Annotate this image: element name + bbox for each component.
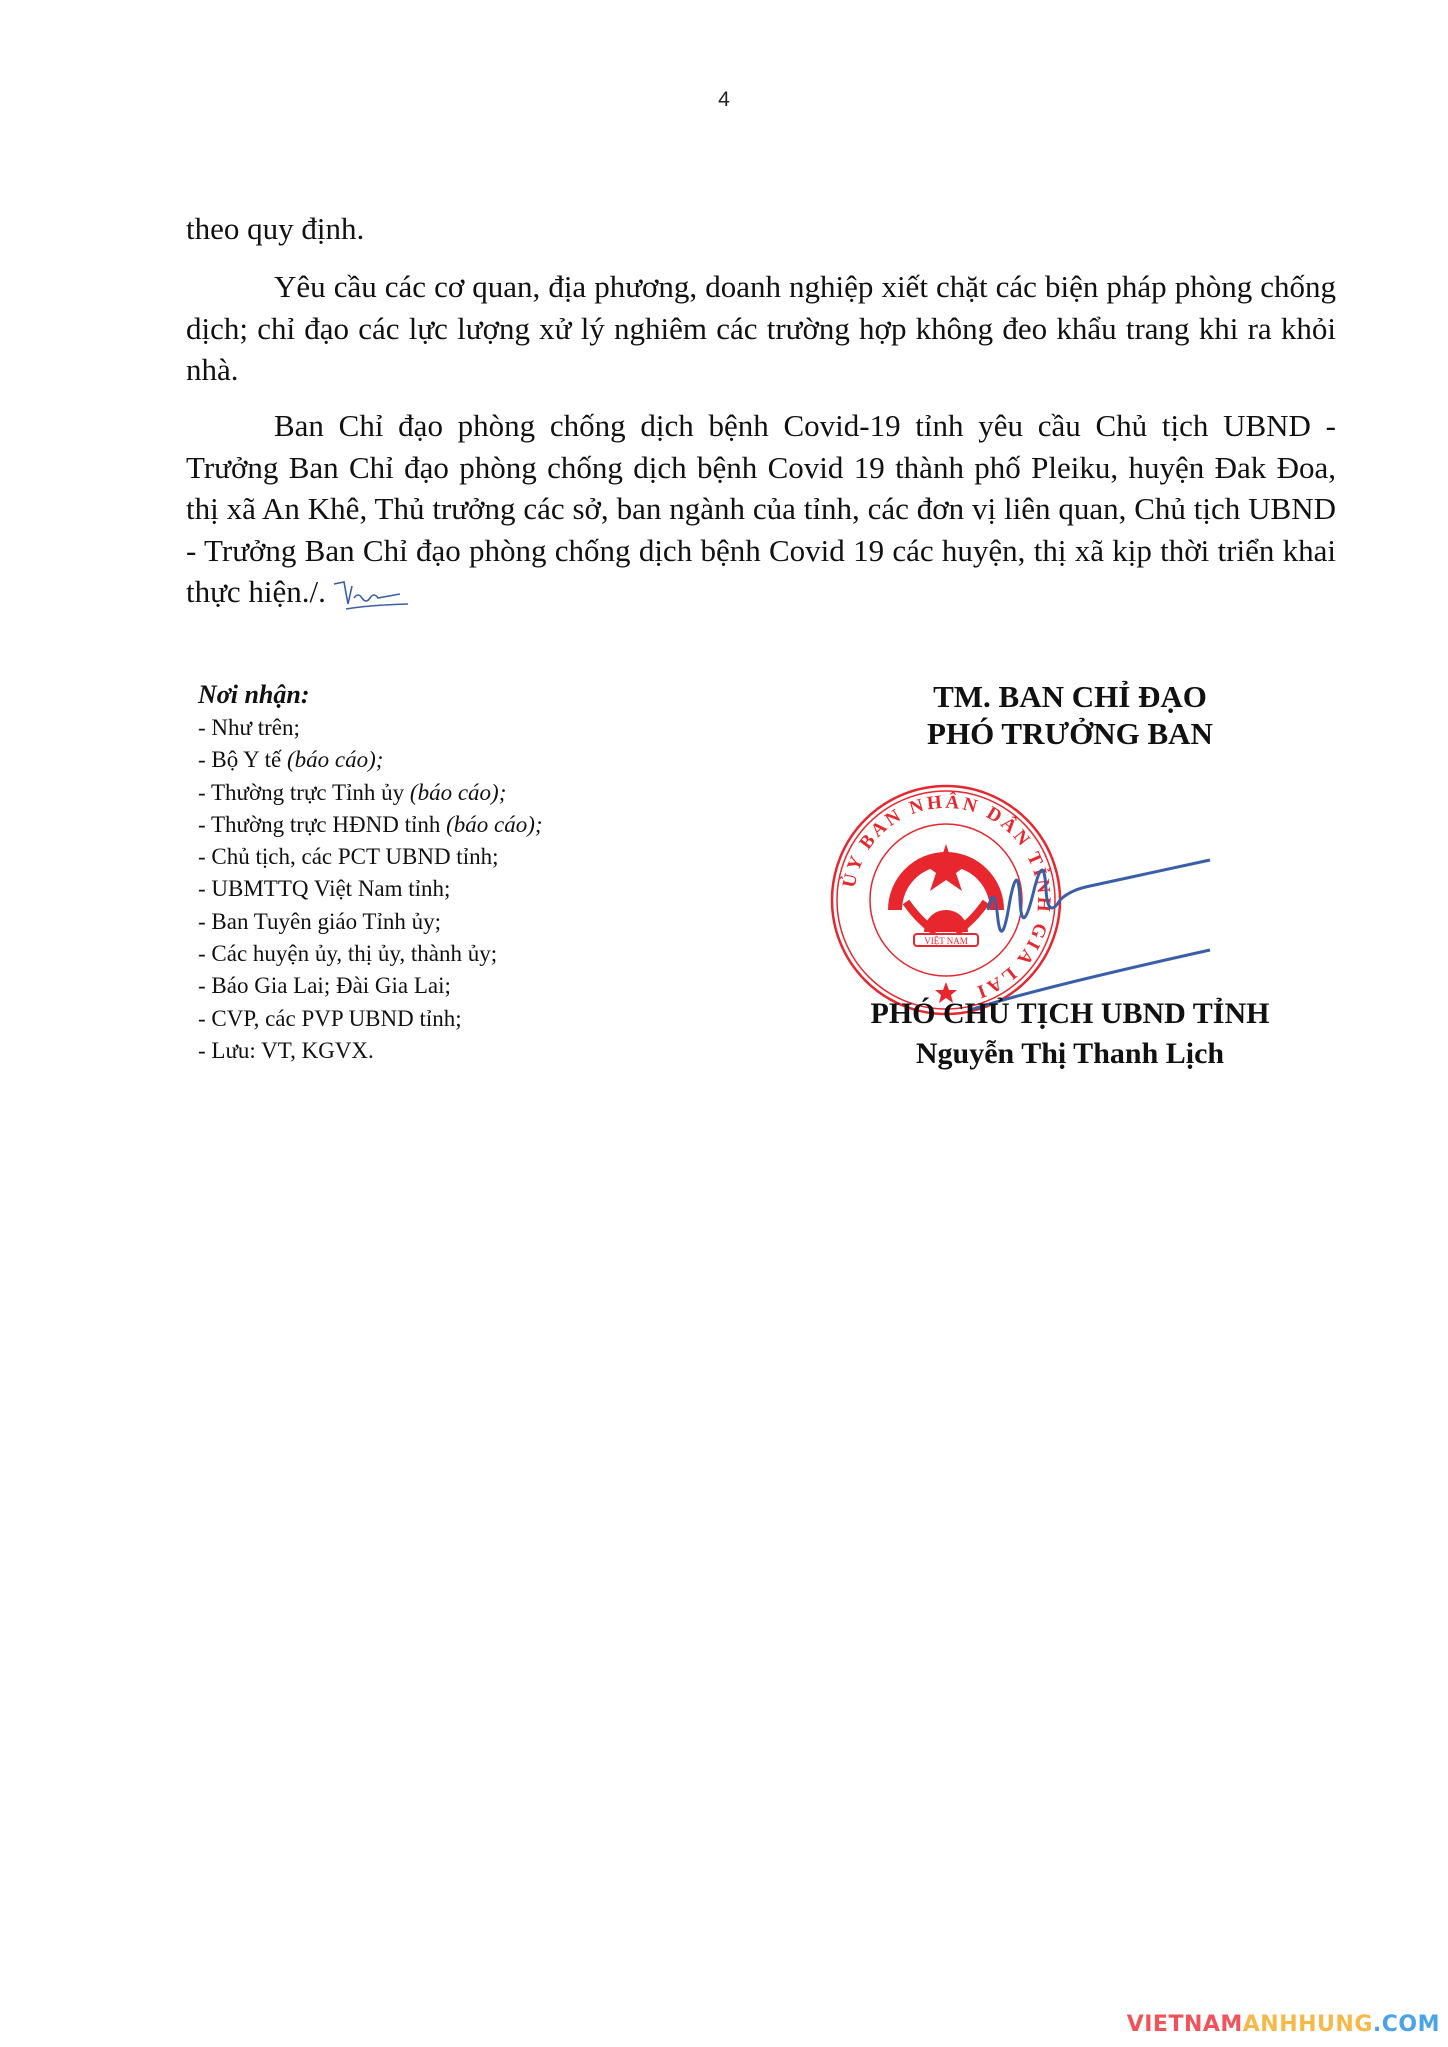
recipient-text: - Bộ Y tế — [198, 747, 287, 772]
recipient-item: - UBMTTQ Việt Nam tỉnh; — [198, 873, 543, 905]
svg-text:VIỆT NAM: VIỆT NAM — [924, 936, 968, 946]
recipient-note: (báo cáo); — [410, 780, 506, 805]
signer-name: Nguyễn Thị Thanh Lịch — [820, 1034, 1320, 1074]
recipient-text: - Thường trực HĐND tỉnh — [198, 812, 446, 837]
paragraph-requirements: Yêu cầu các cơ quan, địa phương, doanh n… — [186, 266, 1336, 391]
recipient-item: - Lưu: VT, KGVX. — [198, 1035, 543, 1067]
recipient-item: - Báo Gia Lai; Đài Gia Lai; — [198, 970, 543, 1002]
page-number: 4 — [0, 88, 1448, 112]
recipient-text: - Ban Tuyên giáo Tỉnh ủy; — [198, 909, 441, 934]
recipient-item: - Ban Tuyên giáo Tỉnh ủy; — [198, 906, 543, 938]
recipient-text: - Báo Gia Lai; Đài Gia Lai; — [198, 973, 451, 998]
handwritten-signature-icon — [970, 840, 1230, 1020]
watermark-part-2: ANHHUNG — [1243, 2012, 1373, 2037]
watermark-part-3: .COM — [1373, 2012, 1440, 2037]
recipient-note: (báo cáo); — [287, 747, 383, 772]
recipient-note: (báo cáo); — [446, 812, 542, 837]
recipient-item: - CVP, các PVP UBND tỉnh; — [198, 1003, 543, 1035]
signature-line-2: PHÓ TRƯỞNG BAN — [820, 715, 1320, 752]
recipient-text: - Chủ tịch, các PCT UBND tỉnh; — [198, 844, 498, 869]
recipient-item: - Các huyện ủy, thị ủy, thành ủy; — [198, 938, 543, 970]
recipient-text: - CVP, các PVP UBND tỉnh; — [198, 1006, 462, 1031]
recipient-text: - Thường trực Tỉnh ủy — [198, 780, 410, 805]
signer-position: PHÓ CHỦ TỊCH UBND TỈNH — [820, 994, 1320, 1034]
recipient-item: - Thường trực HĐND tỉnh (báo cáo); — [198, 809, 543, 841]
site-watermark: VIETNAMANHHUNG.COM — [1127, 2012, 1440, 2037]
recipient-item: - Bộ Y tế (báo cáo); — [198, 744, 543, 776]
paragraph-directive: Ban Chỉ đạo phòng chống dịch bệnh Covid-… — [186, 405, 1336, 613]
watermark-part-1: VIETNAM — [1127, 2012, 1243, 2037]
signature-header: TM. BAN CHỈ ĐẠO PHÓ TRƯỞNG BAN — [820, 678, 1320, 752]
recipient-text: - Lưu: VT, KGVX. — [198, 1038, 374, 1063]
recipient-item: - Chủ tịch, các PCT UBND tỉnh; — [198, 841, 543, 873]
recipient-text: - Các huyện ủy, thị ủy, thành ủy; — [198, 941, 497, 966]
recipients-list: Nơi nhận: - Như trên;- Bộ Y tế (báo cáo)… — [198, 678, 543, 1067]
recipient-text: - UBMTTQ Việt Nam tỉnh; — [198, 876, 450, 901]
recipients-title: Nơi nhận: — [198, 678, 543, 712]
paragraph-continuation: theo quy định. — [186, 208, 1336, 250]
signer-block: PHÓ CHỦ TỊCH UBND TỈNH Nguyễn Thị Thanh … — [820, 994, 1320, 1074]
initials-signature-icon — [330, 578, 410, 612]
signature-line-1: TM. BAN CHỈ ĐẠO — [820, 678, 1320, 715]
recipient-text: - Như trên; — [198, 715, 300, 740]
recipient-item: - Như trên; — [198, 712, 543, 744]
recipient-item: - Thường trực Tỉnh ủy (báo cáo); — [198, 777, 543, 809]
